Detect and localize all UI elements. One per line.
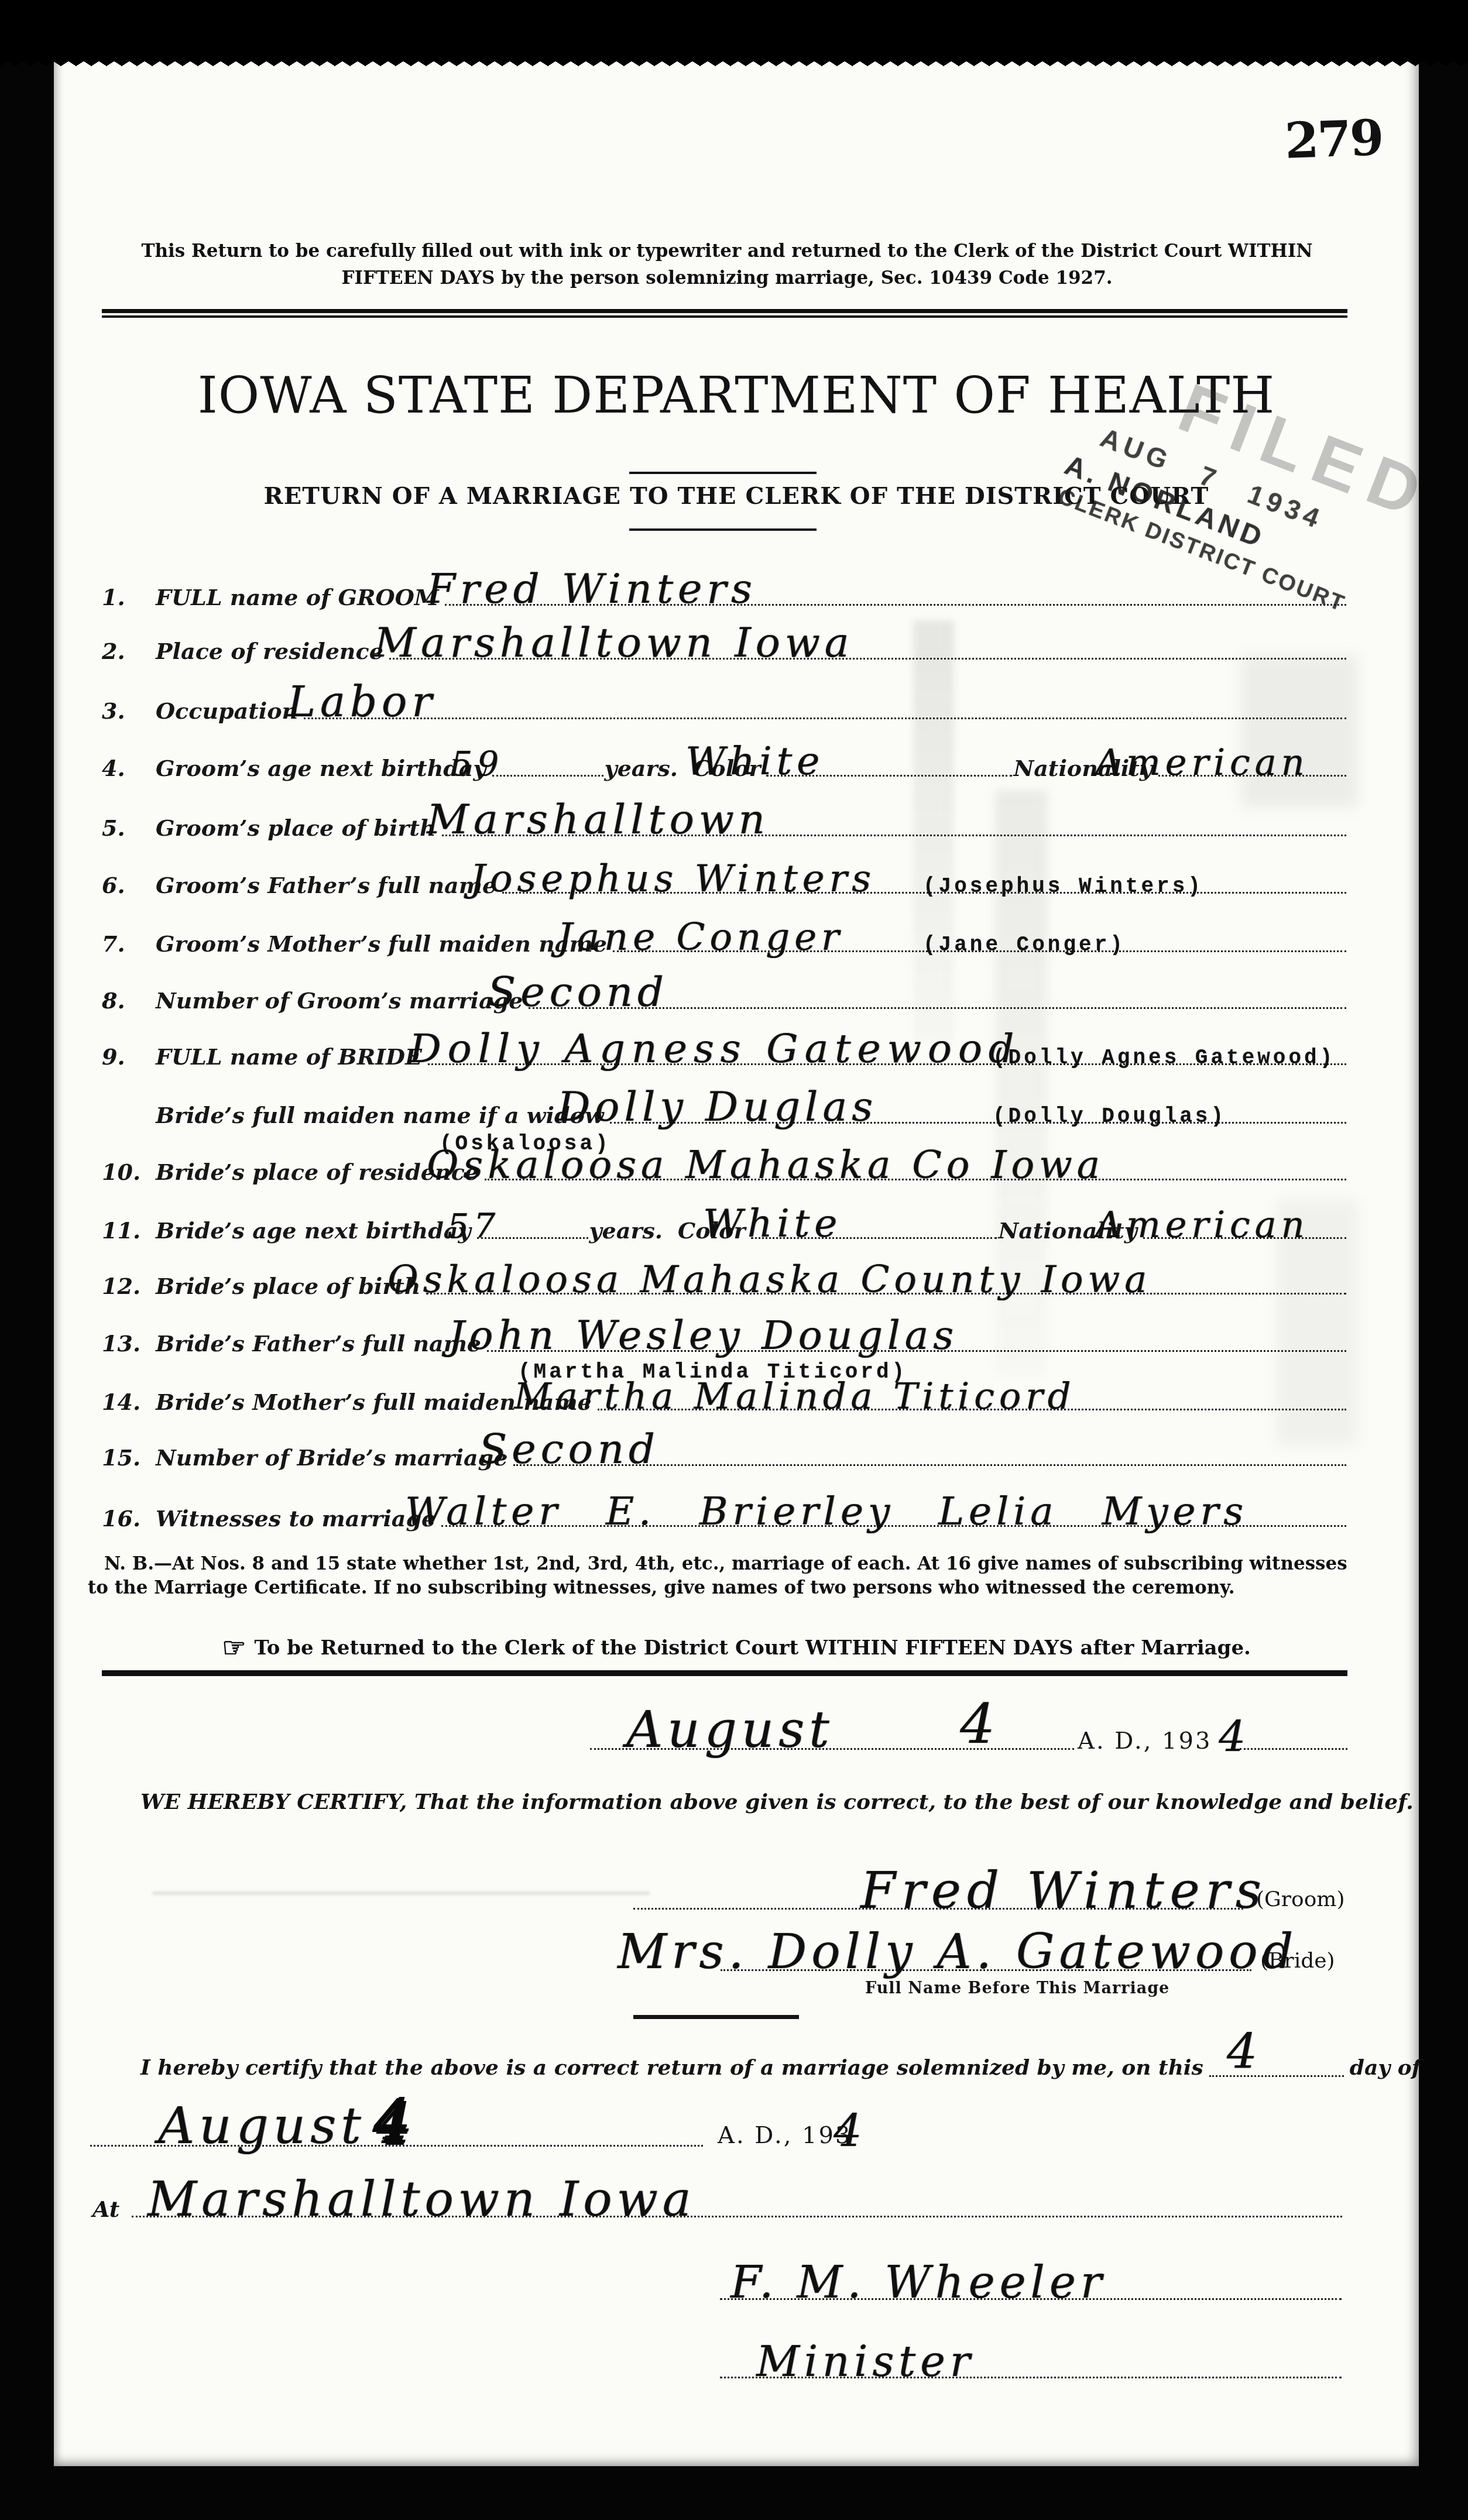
row-bride-maiden-name: Bride’s full maiden name if a widow Doll… xyxy=(102,1063,1347,1128)
handwritten-value: Second xyxy=(488,968,668,1016)
handwritten-value: Martha Malinda Titicord xyxy=(514,1375,1075,1417)
typed-annotation: (Jane Conger) xyxy=(923,933,1126,957)
title-divider xyxy=(629,472,817,474)
handwritten-age: 57 xyxy=(447,1206,500,1246)
officiant-title: Minister xyxy=(756,2337,975,2386)
bride-signature: Mrs. Dolly A. Gatewood xyxy=(618,1924,1298,1980)
typed-annotation: (Dolly Douglas) xyxy=(993,1104,1226,1128)
solemnization-pre: I hereby certify that the above is a cor… xyxy=(140,2055,1203,2080)
place-value: Marshalltown Iowa xyxy=(148,2172,696,2227)
row-witnesses: 16. Witnesses to marriage Walter E. Brie… xyxy=(102,1466,1347,1532)
handwritten-value: Walter E. Brierley Lelia Myers xyxy=(405,1489,1248,1534)
row-groom-mother: 7. Groom’s Mother’s full maiden name Jan… xyxy=(102,891,1347,957)
row-number: 16. xyxy=(102,1505,156,1532)
minister-ad-label: A. D., 193 xyxy=(718,2122,852,2149)
filing-instruction: This Return to be carefully filled out w… xyxy=(107,238,1347,291)
dotted-leader: 4 xyxy=(1209,2075,1344,2077)
typed-annotation: (Dolly Agnes Gatewood) xyxy=(993,1046,1335,1070)
top-divider xyxy=(102,309,1347,318)
handwritten-age: 59 xyxy=(451,744,503,784)
handwritten-value: Second xyxy=(479,1425,660,1473)
subtitle-divider xyxy=(629,528,817,531)
certify-statement: WE HEREBY CERTIFY, That the information … xyxy=(140,1790,1414,1815)
minister-month-day: 4 xyxy=(375,2090,414,2155)
row-label: Witnesses to marriage xyxy=(156,1506,435,1532)
marriage-year-digit: 4 xyxy=(1219,1712,1250,1762)
handwritten-value: Josephus Winters xyxy=(470,857,876,901)
solemnization-post: day of xyxy=(1350,2055,1421,2080)
handwritten-value: Jane Conger xyxy=(557,916,843,959)
handwritten-value: Dolly Agness Gatewood xyxy=(409,1026,1020,1072)
filing-instruction-line1: This Return to be carefully filled out w… xyxy=(107,238,1347,265)
marriage-date-rule2 xyxy=(1240,1748,1347,1750)
handwritten-nationality: American xyxy=(1095,1203,1309,1246)
marriage-day: 4 xyxy=(960,1692,1000,1756)
row-groom-birthplace: 5. Groom’s place of birth Marshalltown xyxy=(102,775,1347,841)
handwritten-nationality: American xyxy=(1095,741,1309,784)
groom-label: (Groom) xyxy=(1256,1887,1345,1912)
groom-signature: Fred Winters xyxy=(860,1862,1267,1920)
short-rule xyxy=(633,2015,799,2019)
handwritten-value: Fred Winters xyxy=(427,565,757,613)
handwritten-value: John Wesley Douglas xyxy=(448,1313,958,1359)
bride-caption: Full Name Before This Marriage xyxy=(865,1979,1169,1997)
marriage-month: August xyxy=(626,1701,834,1759)
handwritten-color: White xyxy=(703,1201,842,1246)
pointing-hand-icon: ☞ xyxy=(222,1632,246,1663)
handwritten-color: White xyxy=(685,739,824,784)
scanned-document: 279 This Return to be carefully filled o… xyxy=(0,0,1468,2520)
return-notice: ☞To be Returned to the Clerk of the Dist… xyxy=(54,1632,1419,1663)
return-notice-text: To be Returned to the Clerk of the Distr… xyxy=(254,1636,1250,1660)
row-bride-name: 9. FULL name of BRIDE Dolly Agness Gatew… xyxy=(102,1004,1347,1070)
row-occupation: 3. Occupation Labor xyxy=(102,658,1347,724)
typed-annotation: (Josephus Winters) xyxy=(923,874,1203,898)
handwritten-value: Dolly Duglas xyxy=(557,1083,877,1131)
handwritten-value: Marshalltown xyxy=(427,795,770,843)
ad-label: A. D., 193 xyxy=(1078,1728,1212,1755)
handwritten-value: Oskaloosa Mahaska Co Iowa xyxy=(427,1142,1105,1187)
section-divider xyxy=(102,1670,1347,1676)
handwritten-value: Labor xyxy=(287,677,437,726)
nb-note: N. B.—At Nos. 8 and 15 state whether 1st… xyxy=(88,1552,1352,1600)
filing-instruction-line2: FIFTEEN DAYS by the person solemnizing m… xyxy=(107,265,1347,291)
officiant-signature: F. M. Wheeler xyxy=(730,2256,1106,2308)
minister-month: August xyxy=(158,2097,366,2155)
handwritten-value: Marshalltown Iowa xyxy=(374,619,853,667)
handwritten-value: Oskaloosa Mahaska County Iowa xyxy=(387,1258,1151,1302)
solemnization-day: 4 xyxy=(1227,2024,1262,2080)
top-edge xyxy=(0,0,1468,56)
page-number: 279 xyxy=(1284,108,1383,170)
at-label: At xyxy=(92,2196,119,2223)
solemnization-statement: I hereby certify that the above is a cor… xyxy=(140,2055,1376,2080)
minister-ad-year: 4 xyxy=(834,2104,866,2157)
